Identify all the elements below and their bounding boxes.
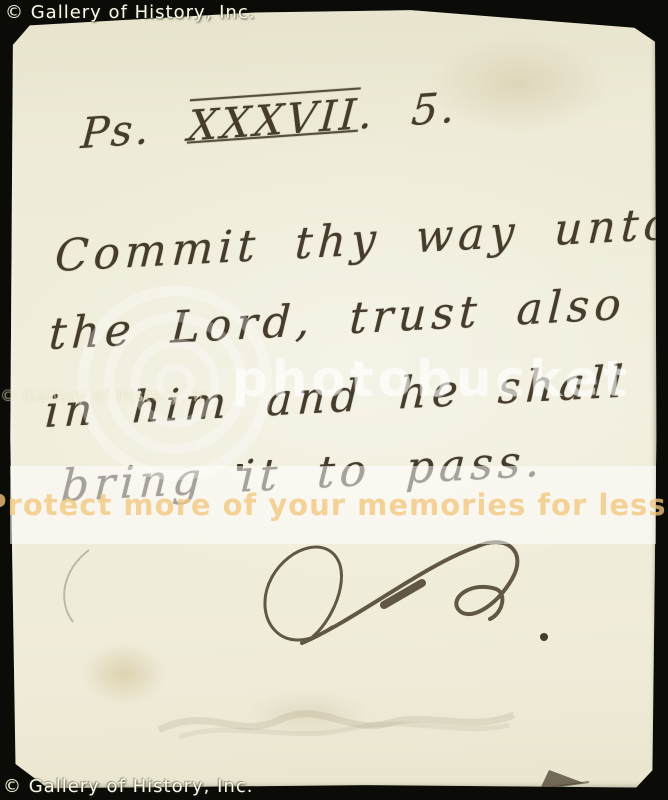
verse-reference-book: Ps. xyxy=(79,104,153,158)
gallery-watermark-top: © Gallery of History, Inc. xyxy=(5,2,255,23)
photobucket-image-frame: Ps. XXXVII. 5. Commit thy way unto the L… xyxy=(0,0,668,800)
stray-pencil-curve xyxy=(55,548,105,628)
corner-ink-mark xyxy=(537,765,597,795)
faint-pencil-inscription xyxy=(149,685,529,755)
verse-reference-verse: . 5. xyxy=(357,82,459,138)
photobucket-tagline-band: Protect more of your memories for less! xyxy=(10,466,656,544)
signature-period xyxy=(540,633,548,641)
gallery-watermark-middle: © Gallery of History, Inc. xyxy=(0,386,205,405)
photobucket-wordmark: photobucket xyxy=(232,350,631,408)
signature-flourish xyxy=(244,525,574,675)
photobucket-tagline: Protect more of your memories for less! xyxy=(0,488,668,522)
verse-reference-chapter: XXXVII xyxy=(186,89,360,150)
gallery-watermark-bottom: © Gallery of History, Inc. xyxy=(3,776,253,797)
verse-reference: Ps. XXXVII. 5. xyxy=(79,82,459,158)
